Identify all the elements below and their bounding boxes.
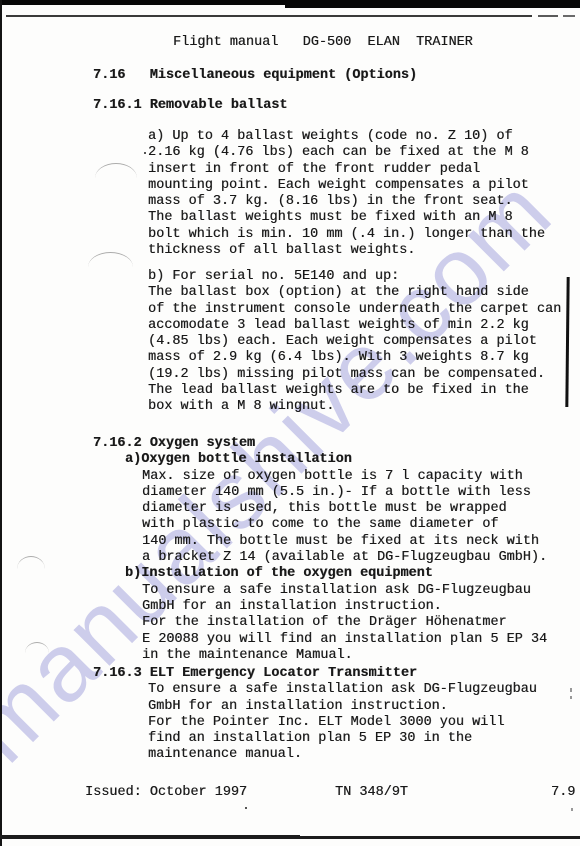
scan-artifact-arc [17,556,45,569]
section-elt-transmitter: 7.16.3 ELT Emergency Locator Transmitter… [93,666,537,764]
text-line: accomodate 3 lead ballast weights of min… [148,318,561,334]
text-line: The ballast box (option) at the right ha… [148,285,561,301]
text-line: For the Pointer Inc. ELT Model 3000 you … [93,715,537,731]
revision-change-bar [565,277,569,407]
left-scan-edge-line [0,0,2,846]
section-heading-7-16-1: 7.16.1 Removable ballast [93,98,287,114]
page-top-rule [6,15,532,17]
text-line: mounting point. Each weight compensates … [148,178,545,194]
scan-speck [570,688,572,692]
text-line: (4.85 lbs) each. Each weight compensates… [148,334,561,350]
page-top-rule-dash [538,15,558,17]
text-line: box with a M 8 wingnut. [148,399,561,415]
text-line: maintenance manual. [93,747,537,763]
text-line: a)Oxygen bottle installation [93,452,547,468]
text-line: To ensure a safe installation ask DG-Flu… [93,682,537,698]
text-line: The lead ballast weights are to be fixed… [148,383,561,399]
text-line: 140 mm. The bottle must be fixed at its … [93,534,547,550]
scan-speck [570,696,572,699]
scan-speck [245,807,247,809]
text-line: The ballast weights must be fixed with a… [148,210,545,226]
text-line: find an installation plan 5 EP 30 in the [93,731,537,747]
text-line: mass of 2.9 kg (6.4 lbs). With 3 weights… [148,350,561,366]
text-line: To ensure a safe installation ask DG-Flu… [93,583,547,599]
text-line: (19.2 lbs) missing pilot mass can be com… [148,367,561,383]
text-line: in the maintenance Mamual. [93,648,547,664]
text-line: 7.16.3 ELT Emergency Locator Transmitter [93,666,537,682]
text-line: with plastic to come to the same diamete… [93,517,547,533]
paragraph-ballast-a: a) Up to 4 ballast weights (code no. Z 1… [148,129,545,259]
text-line: bolt which is min. 10 mm (.4 in.) longer… [148,227,545,243]
scanned-manual-page: manualshive.com Flight manual DG-500 ELA… [0,0,580,846]
section-heading-7-16: 7.16 Miscellaneous equipment (Options) [93,68,417,84]
text-line: b) For serial no. 5E140 and up: [148,269,561,285]
page-title: Flight manual DG-500 ELAN TRAINER [173,35,473,51]
scan-artifact-arc [95,163,137,178]
text-line: E 20088 you will find an installation pl… [93,632,547,648]
scan-artifact-arc [88,252,133,267]
text-line: GmbH for an installation instruction. [93,699,537,715]
text-line: 7.16.2 Oxygen system [93,436,547,452]
text-line: thickness of all ballast weights. [148,243,545,259]
text-line: diameter is used, this bottle must be wr… [93,501,547,517]
text-line: GmbH for an installation instruction. [93,599,547,615]
text-line: insert in front of the front rudder peda… [148,162,545,178]
paragraph-ballast-b: b) For serial no. 5E140 and up:The balla… [148,269,561,416]
footer-page-number: 7.9 [551,785,575,801]
page-bottom-rule-thick [0,835,300,839]
text-line: mass of 3.7 kg. (8.16 lbs) in the front … [148,194,545,210]
footer-issued-date: Issued: October 1997 [85,785,247,801]
text-line: For the installation of the Dräger Höhen… [93,615,547,631]
footer-technical-note: TN 348/9T [335,785,408,801]
section-oxygen-system: 7.16.2 Oxygen systema)Oxygen bottle inst… [93,436,547,664]
scan-speck [571,808,573,811]
text-line: a) Up to 4 ballast weights (code no. Z 1… [148,129,545,145]
top-scan-edge-band-thick [285,0,580,8]
text-line: b)Installation of the oxygen equipment [93,566,547,582]
text-line: 2.16 kg (4.76 lbs) each can be fixed at … [148,145,545,161]
text-line: a bracket Z 14 (available at DG-Flugzeug… [93,550,547,566]
text-line: diameter 140 mm (5.5 in.)- If a bottle w… [93,485,547,501]
text-line: of the instrument console underneath the… [148,302,561,318]
text-line: Max. size of oxygen bottle is 7 l capaci… [93,469,547,485]
page-top-rule-dash [563,15,575,17]
scan-speck [144,152,146,154]
